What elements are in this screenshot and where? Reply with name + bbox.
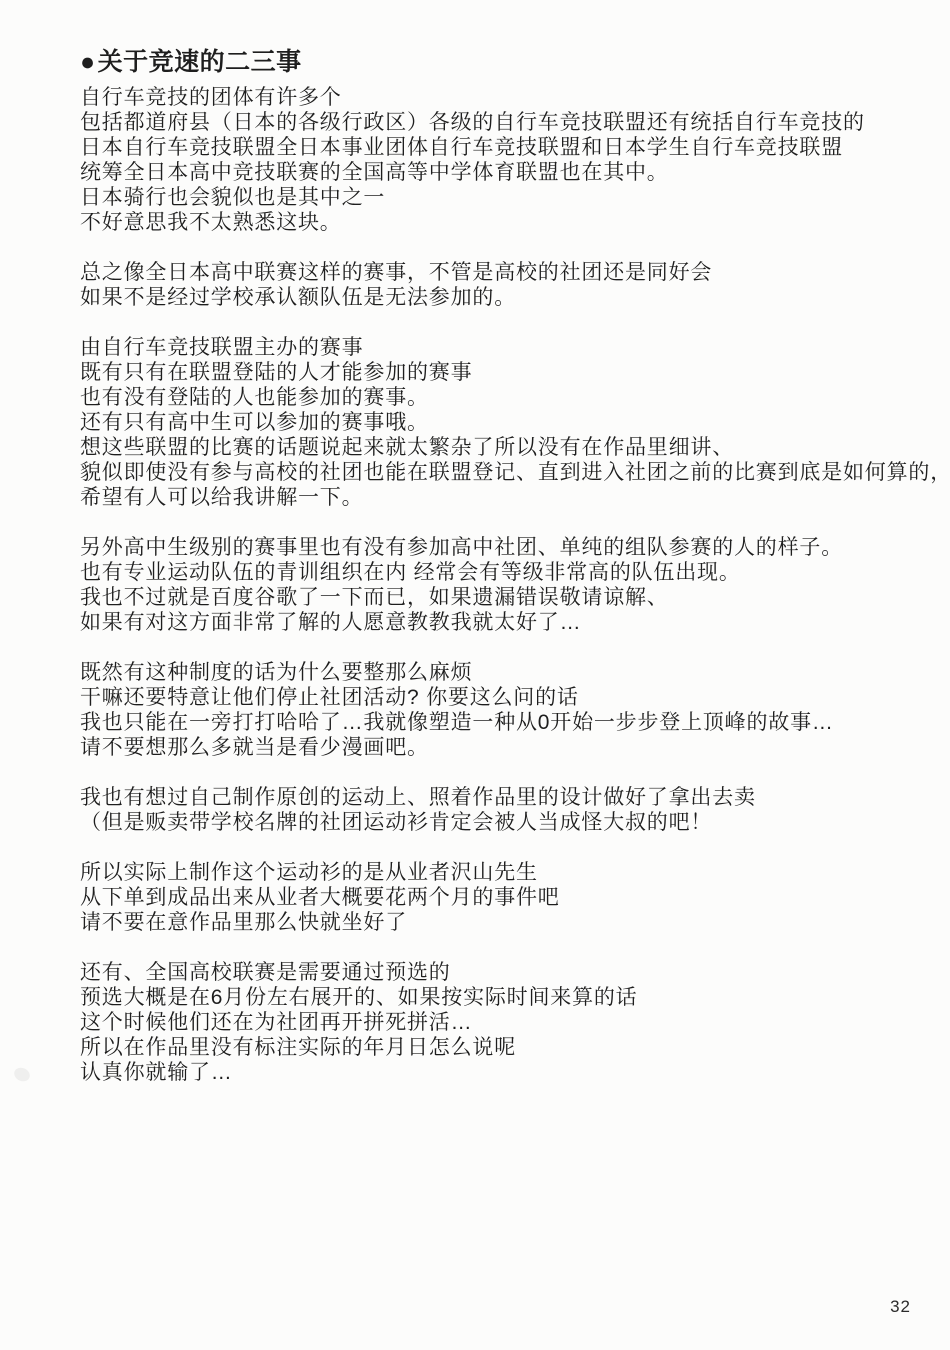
paragraph: 所以实际上制作这个运动衫的是从业者沢山先生 从下单到成品出来从业者大概要花两个月…	[80, 860, 910, 935]
scan-smudge	[12, 1065, 32, 1084]
text-line: （但是贩卖带学校名牌的社团运动衫肯定会被人当成怪大叔的吧！	[80, 810, 910, 835]
text-line: 认真你就输了…	[80, 1060, 910, 1085]
text-line: 自行车竞技的团体有许多个	[80, 85, 910, 110]
text-line: 由自行车竞技联盟主办的赛事	[80, 335, 910, 360]
text-line: 还有只有高中生可以参加的赛事哦。	[80, 410, 910, 435]
paragraph: 我也有想过自己制作原创的运动上、照着作品里的设计做好了拿出去卖 （但是贩卖带学校…	[80, 785, 910, 835]
text-line: 我也不过就是百度谷歌了一下而已，如果遗漏错误敬请谅解、	[80, 585, 910, 610]
text-line: 既有只有在联盟登陆的人才能参加的赛事	[80, 360, 910, 385]
text-line: 如果不是经过学校承认额队伍是无法参加的。	[80, 285, 910, 310]
page-number: 32	[890, 1297, 911, 1317]
text-line: 请不要在意作品里那么快就坐好了	[80, 910, 910, 935]
page-title: ● 关于竞速的二三事	[80, 46, 910, 78]
text-line: 想这些联盟的比赛的话题说起来就太繁杂了所以没有在作品里细讲、	[80, 435, 910, 460]
text-line: 所以实际上制作这个运动衫的是从业者沢山先生	[80, 860, 910, 885]
text-line: 包括都道府县（日本的各级行政区）各级的自行车竞技联盟还有统括自行车竞技的	[80, 110, 910, 135]
text-line: 从下单到成品出来从业者大概要花两个月的事件吧	[80, 885, 910, 910]
text-line: 日本骑行也会貌似也是其中之一	[80, 185, 910, 210]
text-line: 这个时候他们还在为社团再开拼死拼活…	[80, 1010, 910, 1035]
paragraph: 另外高中生级别的赛事里也有没有参加高中社团、单纯的组队参赛的人的样子。 也有专业…	[80, 535, 910, 635]
text-line: 我也有想过自己制作原创的运动上、照着作品里的设计做好了拿出去卖	[80, 785, 910, 810]
paragraph: 由自行车竞技联盟主办的赛事 既有只有在联盟登陆的人才能参加的赛事 也有没有登陆的…	[80, 335, 910, 510]
bullet-icon: ●	[80, 46, 96, 78]
text-line: 也有专业运动队伍的青训组织在内 经常会有等级非常高的队伍出现。	[80, 560, 910, 585]
paragraph: 还有、全国高校联赛是需要通过预选的 预选大概是在6月份左右展开的、如果按实际时间…	[80, 960, 910, 1085]
paragraph: 总之像全日本高中联赛这样的赛事，不管是高校的社团还是同好会 如果不是经过学校承认…	[80, 260, 910, 310]
text-line: 总之像全日本高中联赛这样的赛事，不管是高校的社团还是同好会	[80, 260, 910, 285]
text-line: 希望有人可以给我讲解一下。	[80, 485, 910, 510]
text-line: 日本自行车竞技联盟全日本事业团体自行车竞技联盟和日本学生自行车竞技联盟	[80, 135, 910, 160]
text-line: 也有没有登陆的人也能参加的赛事。	[80, 385, 910, 410]
text-line: 所以在作品里没有标注实际的年月日怎么说呢	[80, 1035, 910, 1060]
paragraph: 自行车竞技的团体有许多个 包括都道府县（日本的各级行政区）各级的自行车竞技联盟还…	[80, 85, 910, 235]
text-line: 貌似即使没有参与高校的社团也能在联盟登记、直到进入社团之前的比赛到底是如何算的，	[80, 460, 910, 485]
page-content: ● 关于竞速的二三事 自行车竞技的团体有许多个 包括都道府县（日本的各级行政区）…	[80, 46, 910, 1085]
text-line: 预选大概是在6月份左右展开的、如果按实际时间来算的话	[80, 985, 910, 1010]
text-line: 还有、全国高校联赛是需要通过预选的	[80, 960, 910, 985]
text-line: 统筹全日本高中竞技联赛的全国高等中学体育联盟也在其中。	[80, 160, 910, 185]
text-line: 既然有这种制度的话为什么要整那么麻烦	[80, 660, 910, 685]
text-line: 干嘛还要特意让他们停止社团活动? 你要这么问的话	[80, 685, 910, 710]
text-line: 不好意思我不太熟悉这块。	[80, 210, 910, 235]
paragraph: 既然有这种制度的话为什么要整那么麻烦 干嘛还要特意让他们停止社团活动? 你要这么…	[80, 660, 910, 760]
page-title-text: 关于竞速的二三事	[98, 46, 302, 78]
document-page: ● 关于竞速的二三事 自行车竞技的团体有许多个 包括都道府县（日本的各级行政区）…	[0, 0, 950, 1350]
text-line: 另外高中生级别的赛事里也有没有参加高中社团、单纯的组队参赛的人的样子。	[80, 535, 910, 560]
text-line: 如果有对这方面非常了解的人愿意教教我就太好了…	[80, 610, 910, 635]
text-line: 我也只能在一旁打打哈哈了…我就像塑造一种从0开始一步步登上顶峰的故事…	[80, 710, 910, 735]
text-line: 请不要想那么多就当是看少漫画吧。	[80, 735, 910, 760]
